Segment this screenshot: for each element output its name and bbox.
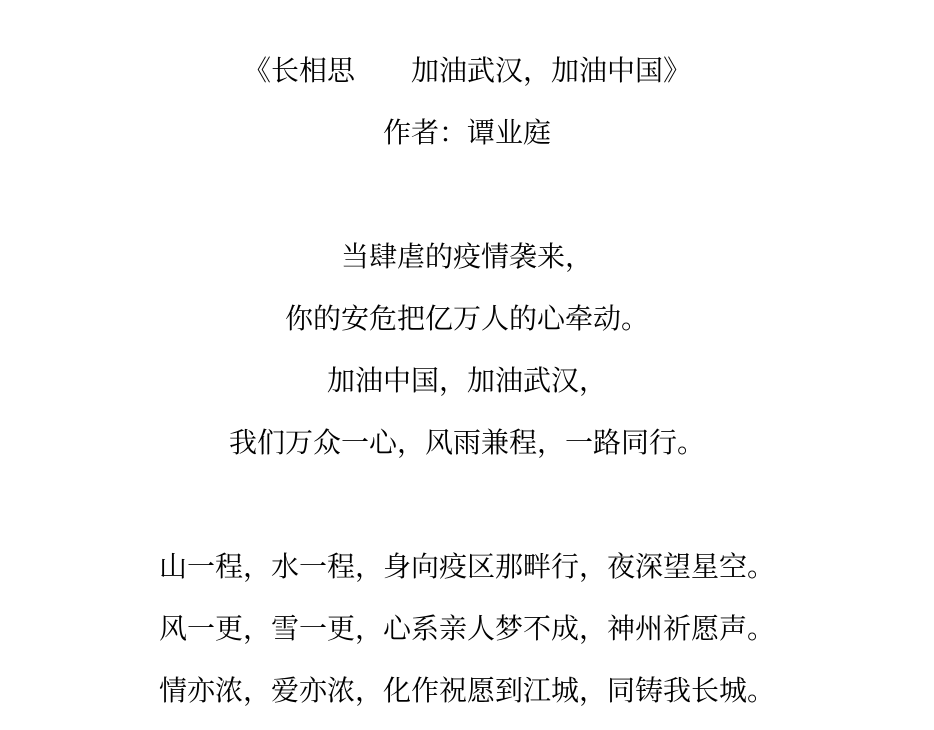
blank-line bbox=[0, 474, 934, 536]
poem-line: 当肆虐的疫情袭来， bbox=[0, 226, 934, 288]
poem-line: 风一更，雪一更，心系亲人梦不成，神州祈愿声。 bbox=[0, 598, 934, 660]
poem-line: 情亦浓，爱亦浓，化作祝愿到江城，同铸我长城。 bbox=[0, 660, 934, 722]
poem-line: 你的安危把亿万人的心牵动。 bbox=[0, 288, 934, 350]
poem-line: 我们万众一心，风雨兼程，一路同行。 bbox=[0, 412, 934, 474]
poem-line: 山一程，水一程，身向疫区那畔行，夜深望星空。 bbox=[0, 536, 934, 598]
poem-line: 加油中国，加油武汉， bbox=[0, 350, 934, 412]
poem-title: 《长相思 加油武汉，加油中国》 bbox=[0, 40, 934, 102]
blank-line bbox=[0, 164, 934, 226]
document-page: 《长相思 加油武汉，加油中国》 作者：谭业庭 当肆虐的疫情袭来， 你的安危把亿万… bbox=[0, 0, 934, 730]
poem-author: 作者：谭业庭 bbox=[0, 102, 934, 164]
